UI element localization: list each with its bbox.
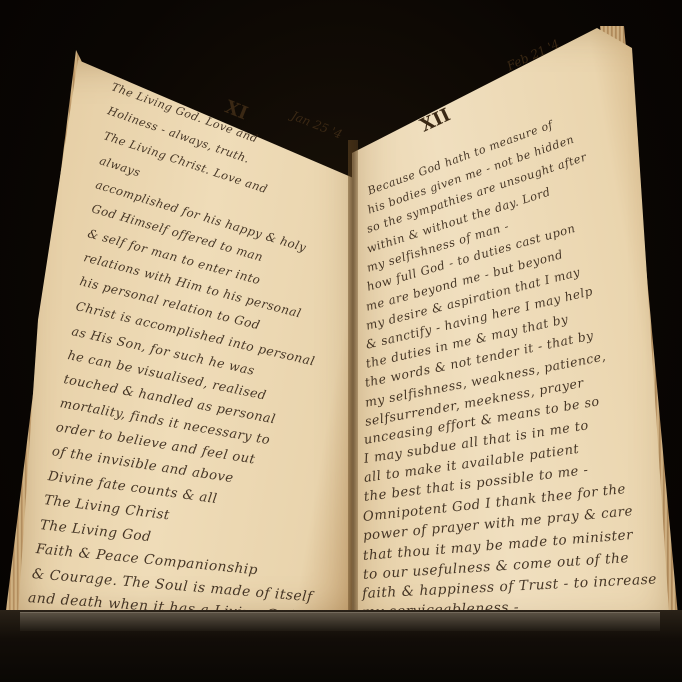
left-date: Jan 25 '4 xyxy=(289,108,344,141)
acrylic-stand-edge xyxy=(20,612,660,631)
book-gutter xyxy=(348,140,358,630)
open-notebook: XI Jan 25 '4 The Living God. Love andHol… xyxy=(0,0,682,682)
